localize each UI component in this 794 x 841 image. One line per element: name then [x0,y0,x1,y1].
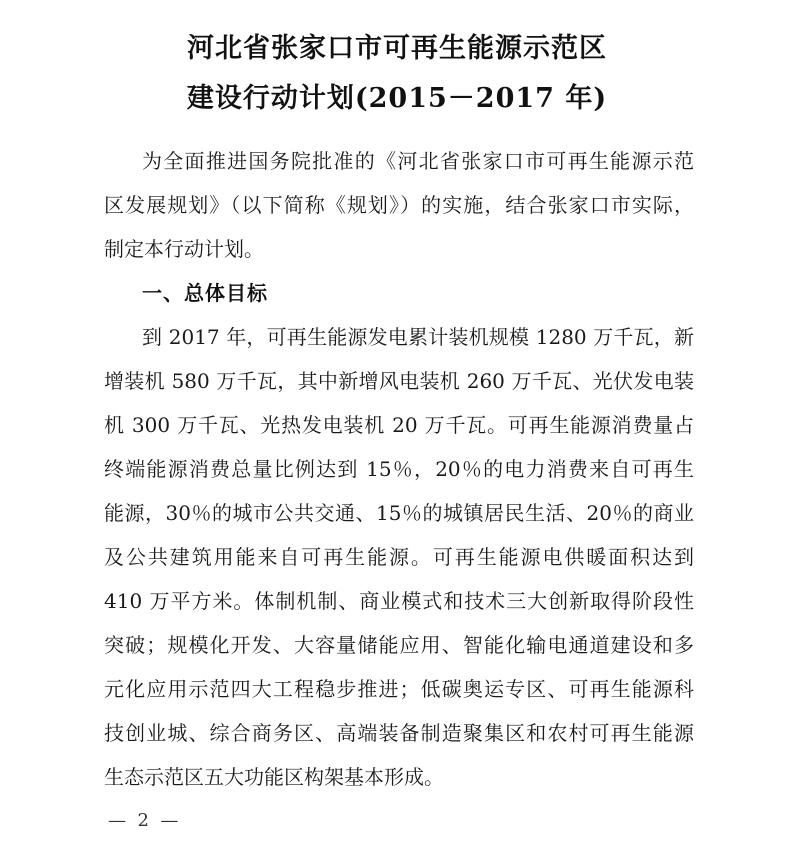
body-line: 机 300 万千瓦、光热发电装机 20 万千瓦。可再生能源消费量占 [104,412,694,438]
intro-line: 区发展规划》（以下简称《规划》）的实施，结合张家口市实际， [104,192,694,218]
body-line: 生态示范区五大功能区构架基本形成。 [104,764,694,790]
body-line: 增装机 580 万千瓦，其中新增风电装机 260 万千瓦、光伏发电装 [104,368,694,394]
document-title-line1: 河北省张家口市可再生能源示范区 [0,26,794,65]
section-heading-goals: 一、总体目标 [142,280,268,306]
document-title-line2: 建设行动计划(2015－2017 年) [0,76,794,115]
body-line: 元化应用示范四大工程稳步推进；低碳奥运专区、可再生能源科 [104,676,694,702]
body-line: 终端能源消费总量比例达到 15％，20％的电力消费来自可再生 [104,456,694,482]
page-number: — 2 — [108,810,178,831]
body-line: 技创业城、综合商务区、高端装备制造聚集区和农村可再生能源 [104,720,694,746]
body-line: 能源，30％的城市公共交通、15％的城镇居民生活、20％的商业 [104,500,694,526]
intro-line: 制定本行动计划。 [104,236,694,262]
intro-line: 为全面推进国务院批准的《河北省张家口市可再生能源示范 [142,148,694,174]
body-line: 到 2017 年，可再生能源发电累计装机规模 1280 万千瓦，新 [142,324,694,350]
document-page: 河北省张家口市可再生能源示范区 建设行动计划(2015－2017 年) 为全面推… [0,0,794,841]
body-line: 突破；规模化开发、大容量储能应用、智能化输电通道建设和多 [104,632,694,658]
body-line: 410 万平方米。体制机制、商业模式和技术三大创新取得阶段性 [104,588,694,614]
body-line: 及公共建筑用能来自可再生能源。可再生能源电供暖面积达到 [104,544,694,570]
